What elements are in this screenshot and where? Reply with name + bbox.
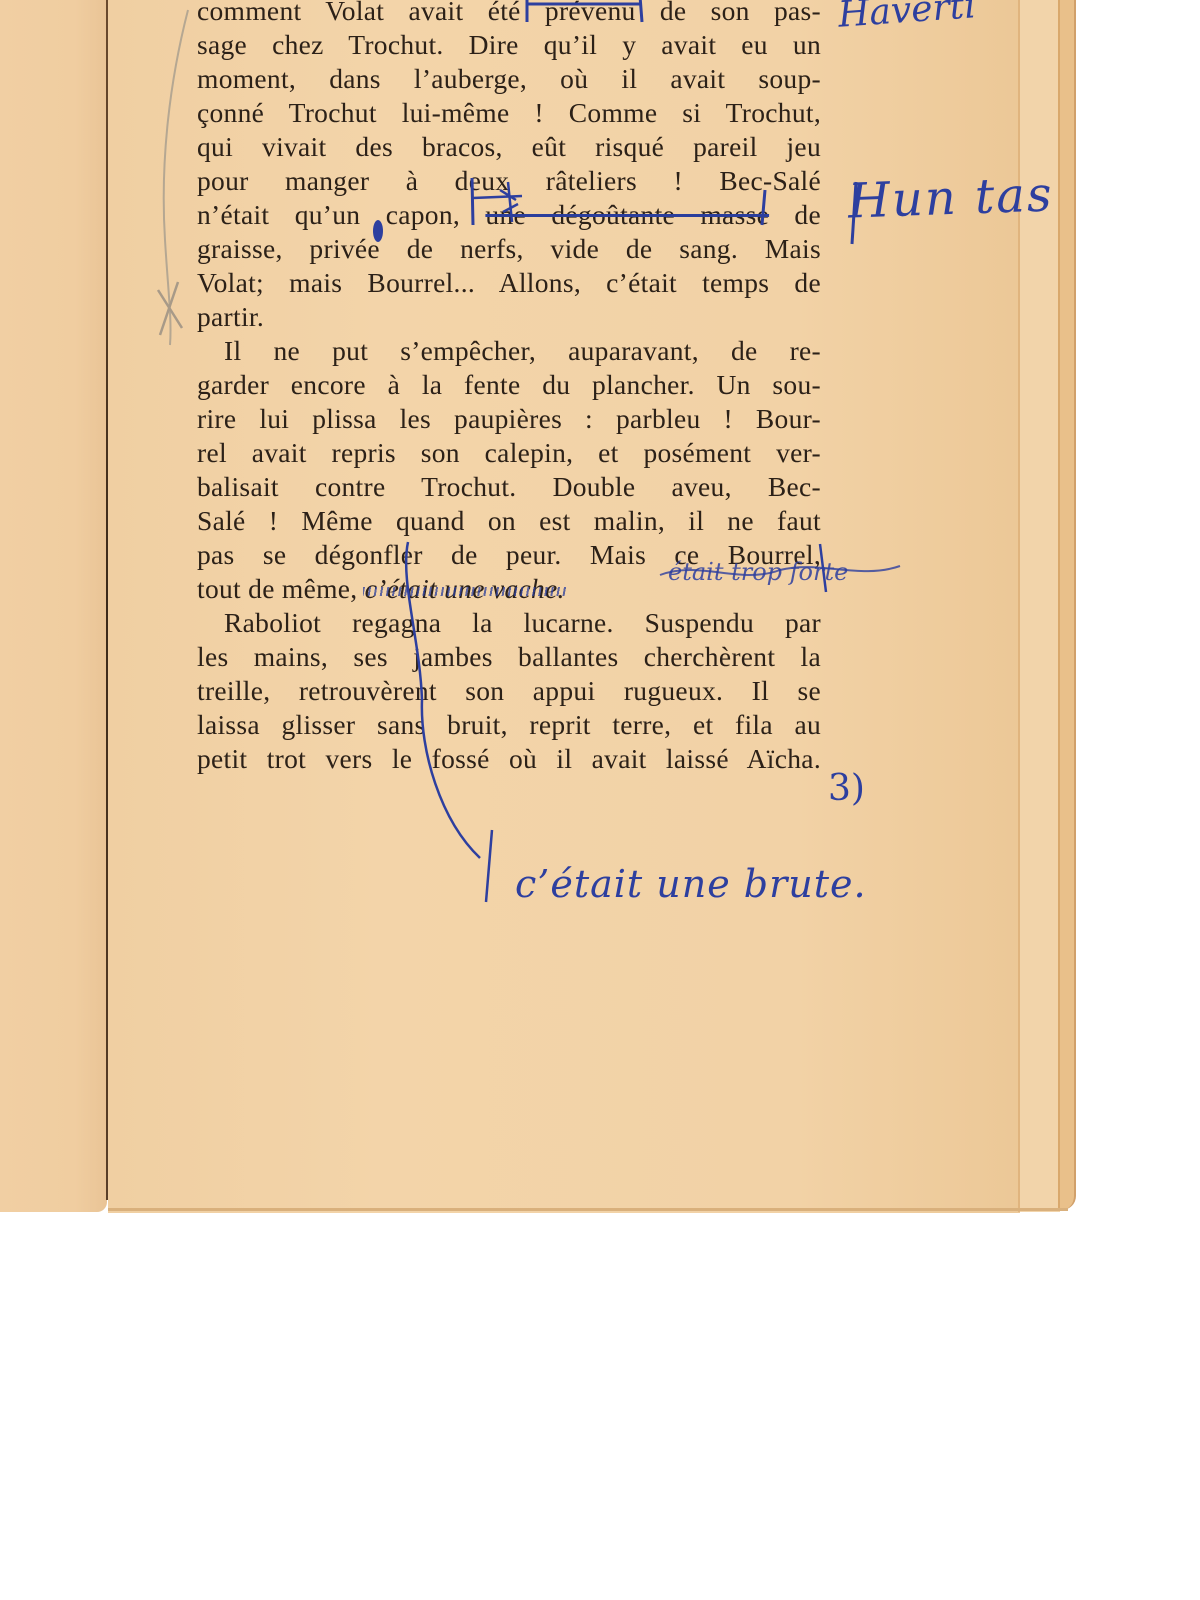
text-line: laissa glisser sans bruit, reprit terre,…: [197, 708, 821, 742]
book-cover-edge: [1058, 0, 1076, 1210]
section-number-mark: 3): [828, 768, 865, 809]
text-line: qui vivait des bracos, eût risqué pareil…: [197, 130, 821, 164]
left-page: [0, 0, 107, 1212]
text-segment: de: [769, 199, 821, 230]
text-line: rel avait repris son calepin, et posémen…: [197, 436, 821, 470]
text-line: Il ne put s’empêcher, auparavant, de re-: [197, 334, 821, 368]
text-line: Raboliot regagna la lucarne. Suspendu pa…: [197, 606, 821, 640]
text-line: balisait contre Trochut. Double aveu, Be…: [197, 470, 821, 504]
text-line: Salé ! Même quand on est malin, il ne fa…: [197, 504, 821, 538]
text-line-with-deletion: n’était qu’un capon, une dégoûtante mass…: [197, 198, 821, 232]
text-segment: n’était qu’un capon,: [197, 199, 485, 230]
margin-note-huntay: Hun tas: [847, 166, 1054, 229]
text-line: çonné Trochut lui-même ! Comme si Trochu…: [197, 96, 821, 130]
text-line: partir.: [197, 300, 821, 334]
text-line: comment Volat avait été prévenu de son p…: [197, 0, 821, 28]
scribbled-overflow-note: était trop forte: [668, 558, 848, 586]
text-line: graisse, privée de nerfs, vide de sang. …: [197, 232, 821, 266]
scribbled-text: c’était une vache.: [365, 573, 565, 604]
text-line: Volat; mais Bourrel... Allons, c’était t…: [197, 266, 821, 300]
text-line: garder encore à la fente du plancher. Un…: [197, 368, 821, 402]
book-scan: comment Volat avait été prévenu de son p…: [0, 0, 1200, 1210]
handwritten-insertion: c’était une brute.: [515, 862, 867, 906]
text-line: sage chez Trochut. Dire qu’il y avait eu…: [197, 28, 821, 62]
text-line: les mains, ses jambes ballantes cherchèr…: [197, 640, 821, 674]
text-line: pour manger à deux râteliers ! Bec-Salé: [197, 164, 821, 198]
text-segment: tout de même,: [197, 573, 365, 604]
printed-text: comment Volat avait été prévenu de son p…: [197, 0, 821, 776]
text-line: rire lui plissa les paupières : parbleu …: [197, 402, 821, 436]
text-line: treille, retrouvèrent son appui rugueux.…: [197, 674, 821, 708]
struck-text: une dégoûtante masse: [485, 199, 769, 230]
text-line: moment, dans l’auberge, où il avait soup…: [197, 62, 821, 96]
page-bottom-edge: [108, 1208, 1068, 1211]
book-gutter: [106, 0, 108, 1200]
text-line: petit trot vers le fossé où il avait lai…: [197, 742, 821, 776]
